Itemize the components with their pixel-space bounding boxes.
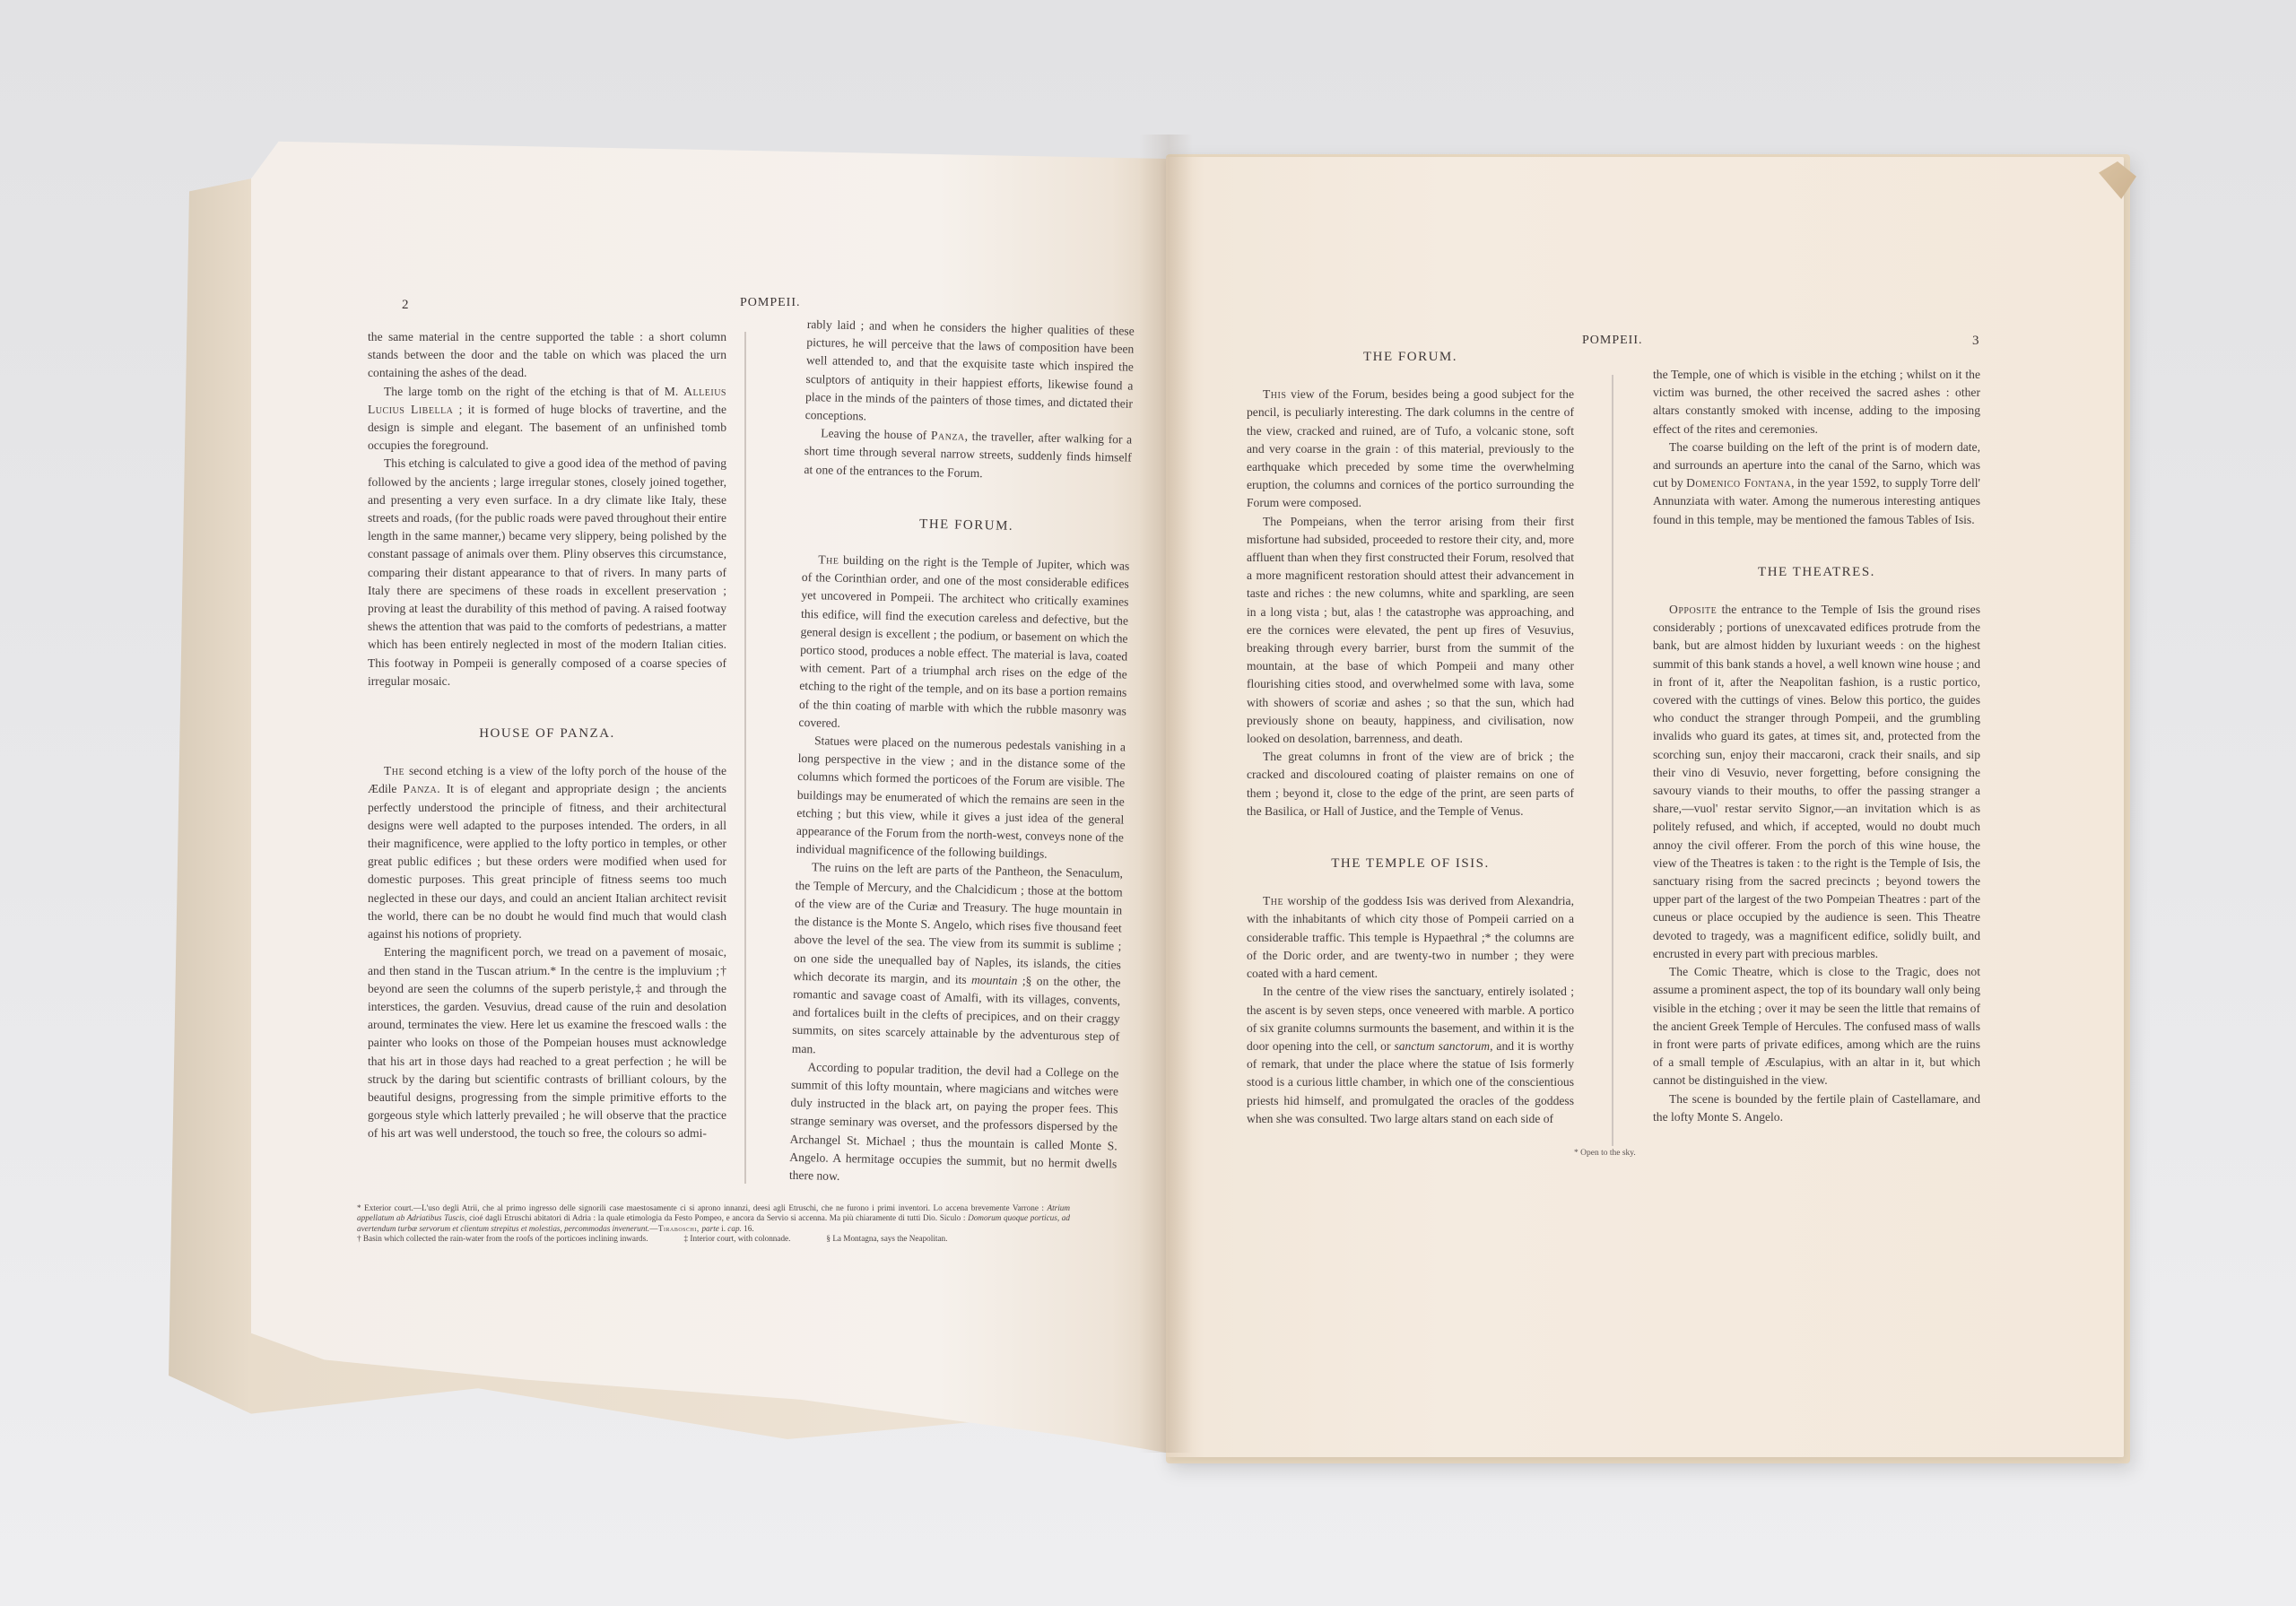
paragraph: The Comic Theatre, which is close to the… — [1653, 963, 1980, 1089]
paragraph: Entering the magnificent porch, we tread… — [368, 943, 726, 1142]
page-number-right: 3 — [1972, 334, 1979, 349]
paragraph: rably laid ; and when he considers the h… — [804, 316, 1134, 431]
footnote-row: † Basin which collected the rain-water f… — [357, 1234, 1070, 1244]
paragraph: In the centre of the view rises the sanc… — [1247, 983, 1574, 1128]
footnote: * Exterior court.—L'uso degli Atrii, che… — [357, 1203, 1070, 1234]
running-head-right: POMPEII. — [1582, 334, 1643, 348]
paragraph: The building on the right is the Temple … — [798, 551, 1129, 739]
paragraph: The ruins on the left are parts of the P… — [792, 858, 1124, 1064]
paragraph: Statues were placed on the numerous pede… — [796, 732, 1126, 865]
open-book: 2 POMPEII. the same material in the cent… — [0, 0, 2296, 1606]
paragraph: The great columns in front of the view a… — [1247, 748, 1574, 820]
paragraph: The large tomb on the right of the etchi… — [368, 383, 726, 456]
footnote: § La Montagna, says the Neapolitan. — [826, 1234, 947, 1244]
right-page-column-1: THE FORUM. This view of the Forum, besid… — [1247, 328, 1574, 1128]
paragraph: the same material in the centre supporte… — [368, 328, 726, 383]
left-page-column-1: the same material in the centre supporte… — [368, 328, 726, 1143]
footnote: ‡ Interior court, with colonnade. — [684, 1234, 791, 1244]
gutter — [1139, 135, 1193, 1453]
page-number-left: 2 — [402, 298, 409, 313]
paragraph: The scene is bounded by the fertile plai… — [1653, 1090, 1980, 1126]
section-heading-the-theatres: THE THEATRES. — [1653, 563, 1980, 581]
paragraph: The second etching is a view of the loft… — [368, 762, 726, 943]
paragraph: the Temple, one of which is visible in t… — [1653, 366, 1980, 438]
running-head-left: POMPEII. — [740, 296, 801, 310]
column-divider — [744, 332, 746, 1184]
section-heading-house-of-panza: HOUSE OF PANZA. — [368, 725, 726, 742]
left-page-column-2: rably laid ; and when he considers the h… — [789, 316, 1135, 1192]
paragraph: According to popular tradition, the devi… — [789, 1058, 1119, 1192]
footnote-right: * Open to the sky. — [1574, 1149, 1636, 1158]
section-heading-the-forum: THE FORUM. — [803, 513, 1130, 538]
paragraph: This etching is calculated to give a goo… — [368, 455, 726, 690]
footnotes-left: * Exterior court.—L'uso degli Atrii, che… — [357, 1203, 1070, 1245]
section-heading-the-forum: THE FORUM. — [1247, 348, 1574, 366]
right-page-column-2: the Temple, one of which is visible in t… — [1653, 366, 1980, 1126]
paragraph: The worship of the goddess Isis was deri… — [1247, 892, 1574, 983]
paragraph: This view of the Forum, besides being a … — [1247, 386, 1574, 512]
paragraph: Opposite the entrance to the Temple of I… — [1653, 601, 1980, 963]
paragraph: The coarse building on the left of the p… — [1653, 438, 1980, 529]
column-divider — [1612, 375, 1613, 1146]
footnote: † Basin which collected the rain-water f… — [357, 1234, 648, 1244]
section-heading-temple-of-isis: THE TEMPLE OF ISIS. — [1247, 855, 1574, 872]
paragraph: Leaving the house of Panza, the travelle… — [804, 424, 1132, 485]
paragraph: The Pompeians, when the terror arising f… — [1247, 513, 1574, 749]
